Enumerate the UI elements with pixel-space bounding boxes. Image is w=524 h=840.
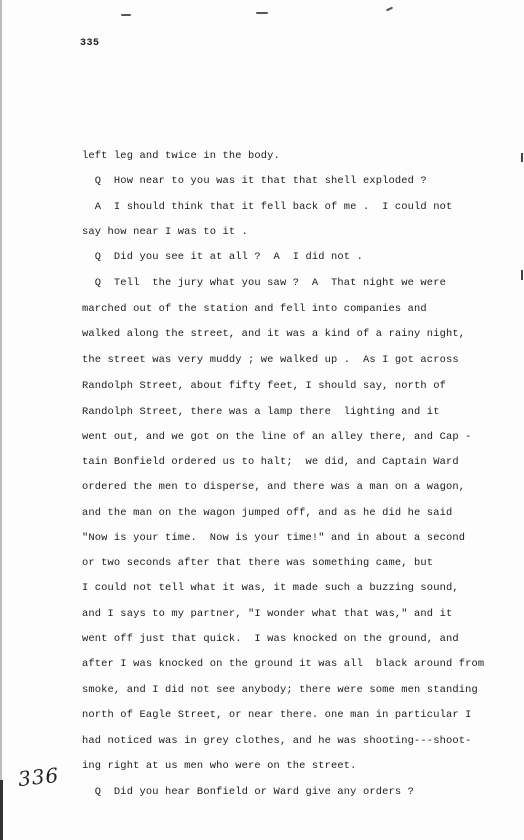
text-line: the street was very muddy ; we walked up… [82, 354, 459, 366]
text-line: marched out of the station and fell into… [82, 303, 427, 315]
page-number: 335 [80, 38, 100, 49]
binding-mark [386, 7, 393, 12]
answer-line: A I should think that it fell back of me… [82, 201, 452, 213]
text-line: north of Eagle Street, or near there. on… [82, 709, 472, 721]
text-line: ordered the men to disperse, and there w… [82, 481, 465, 493]
text-line: after I was knocked on the ground it was… [82, 658, 484, 670]
text-line: I could not tell what it was, it made su… [82, 582, 459, 594]
margin-mark [521, 153, 523, 162]
text-line: and I says to my partner, "I wonder what… [82, 608, 452, 620]
margin-mark [521, 270, 523, 280]
handwritten-page-number: 336 [17, 763, 60, 791]
text-line: Randolph Street, there was a lamp there … [82, 406, 440, 418]
text-line: "Now is your time. Now is your time!" an… [82, 532, 465, 544]
binding-mark [121, 14, 131, 16]
text-line: had noticed was in grey clothes, and he … [82, 735, 472, 747]
text-line: went off just that quick. I was knocked … [82, 633, 459, 645]
question-line: Q Did you hear Bonfield or Ward give any… [82, 786, 414, 798]
text-line: and the man on the wagon jumped off, and… [82, 507, 452, 519]
text-line: tain Bonfield ordered us to halt; we did… [82, 456, 459, 468]
text-line: or two seconds after that there was some… [82, 557, 433, 569]
question-line: Q Tell the jury what you saw ? A That ni… [82, 277, 446, 289]
text-line: ing right at us men who were on the stre… [82, 760, 357, 772]
text-line: say how near I was to it . [82, 226, 248, 238]
text-line: smoke, and I did not see anybody; there … [82, 684, 478, 696]
question-line: Q Did you see it at all ? A I did not . [82, 251, 363, 263]
text-line: Randolph Street, about fifty feet, I sho… [82, 380, 446, 392]
binding-mark [256, 12, 268, 14]
page-edge-shadow [0, 780, 3, 840]
text-line: went out, and we got on the line of an a… [82, 431, 472, 443]
scanned-page: 335 left leg and twice in the body. Q Ho… [0, 0, 524, 840]
question-line: Q How near to you was it that that shell… [82, 175, 427, 187]
text-line: walked along the street, and it was a ki… [82, 328, 465, 340]
page-edge [0, 0, 2, 840]
text-line: left leg and twice in the body. [82, 150, 280, 162]
